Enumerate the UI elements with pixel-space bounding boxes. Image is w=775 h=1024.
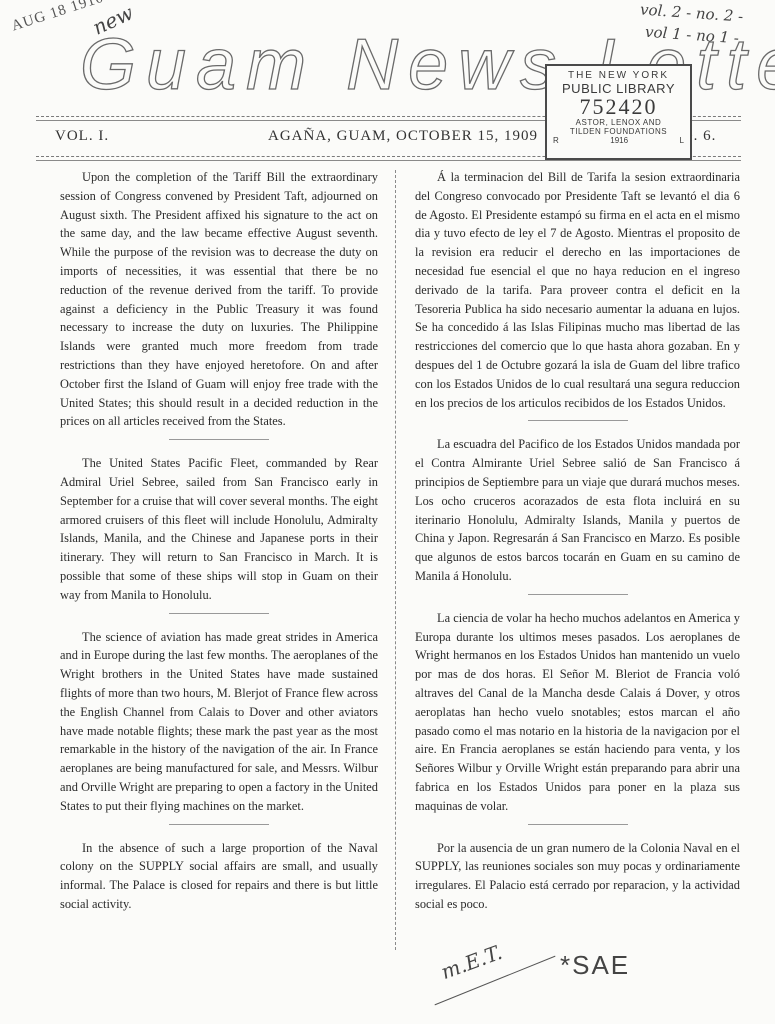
article-separator [528,594,628,595]
handwritten-initials: m.E.T. [438,940,505,984]
column-divider [395,170,396,950]
spanish-column: Á la terminacion del Bill de Tarifa la s… [415,168,740,934]
article-fleet-en: The United States Pacific Fleet, command… [60,454,378,604]
signature-mark: *SAE [560,950,630,981]
article-tariff-en: Upon the completion of the Tariff Bill t… [60,168,378,431]
library-stamp-left-code: R [553,136,559,145]
article-separator [169,439,269,440]
article-social-es: Por la ausencia de un gran numero de la … [415,839,740,914]
article-separator [169,613,269,614]
library-stamp-number: 752420 [547,96,690,118]
bottom-rule-solid [36,160,741,161]
handwritten-note-right-1: vol. 2 - no. 2 - [639,0,743,25]
library-stamp-right-code: L [680,136,684,145]
library-stamp-footer: R 1916 L [547,136,690,145]
article-fleet-es: La escuadra del Pacifico de los Estados … [415,435,740,585]
article-aviation-en: The science of aviation has made great s… [60,628,378,816]
library-stamp-line5: TILDEN FOUNDATIONS [547,127,690,136]
english-column: Upon the completion of the Tariff Bill t… [60,168,378,934]
library-stamp: THE NEW YORK PUBLIC LIBRARY 752420 ASTOR… [545,64,692,160]
article-social-en: In the absence of such a large proportio… [60,839,378,914]
article-aviation-es: La ciencia de volar ha hecho muchos adel… [415,609,740,816]
article-separator [169,824,269,825]
article-tariff-es: Á la terminacion del Bill de Tarifa la s… [415,168,740,412]
library-stamp-year: 1916 [610,136,628,145]
newspaper-page: Guam News Letter. AUG 18 1910 new vol. 2… [0,0,775,1024]
dateline: AGAÑA, GUAM, OCTOBER 15, 1909 [268,128,538,145]
library-stamp-line4: ASTOR, LENOX AND [547,118,690,127]
volume-label: VOL. I. [55,128,109,145]
article-separator [528,824,628,825]
article-separator [528,420,628,421]
library-stamp-line1: THE NEW YORK [547,70,690,81]
